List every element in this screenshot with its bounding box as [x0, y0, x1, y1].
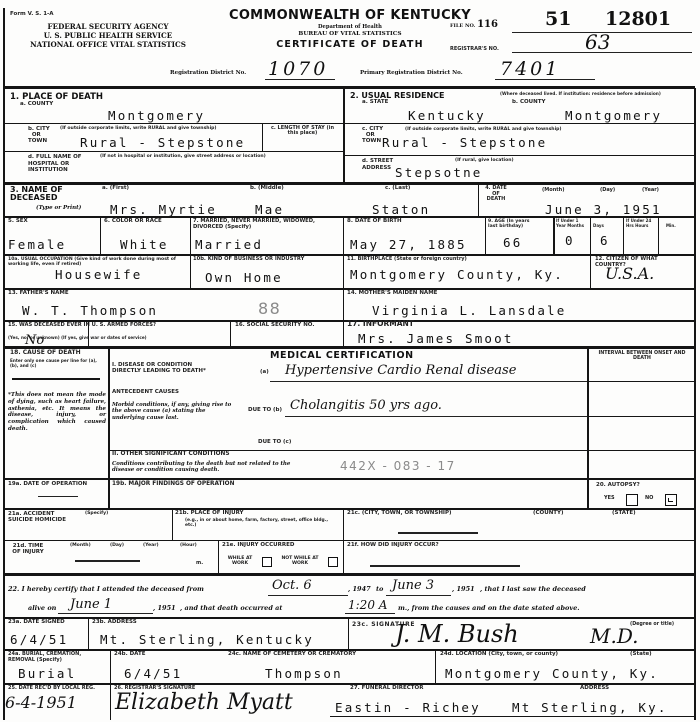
file-no-year: 51 — [545, 8, 571, 30]
citizen-value: U.S.A. — [605, 264, 654, 283]
agency-line-1: FEDERAL SECURITY AGENCY — [8, 22, 208, 31]
time-month-label: (Month) — [70, 543, 91, 548]
registrar-no-label: REGISTRAR'S NO. — [450, 47, 499, 52]
agency-line-2: U. S. PUBLIC HEALTH SERVICE — [8, 31, 208, 40]
residence-city: Rural - Stepstone — [382, 135, 547, 150]
county-label: a. COUNTY — [20, 102, 53, 107]
cause-a-value: Hypertensive Cardio Renal disease — [285, 363, 516, 378]
department: Department of Health — [220, 24, 480, 30]
middle-name: Mae — [255, 202, 284, 217]
date-signed-label: 23a. DATE SIGNED — [8, 620, 65, 625]
location-label: 24d. LOCATION (City, town, or county) — [440, 652, 558, 657]
cause-a-label: (a) — [260, 370, 269, 375]
hospital-label: d. FULL NAME OF HOSPITAL OR INSTITUTION — [28, 154, 98, 174]
length-of-stay-label: c. LENGTH OF STAY (in this place) — [265, 126, 340, 136]
primary-district-label: Primary Registration District No. — [360, 70, 463, 76]
birthplace-value: Montgomery County, Ky. — [350, 267, 564, 282]
form-number: Form V. S. 1-A — [10, 12, 54, 17]
residence-city-note: (If outside corporate limits, write RURA… — [405, 127, 655, 132]
death-city: Rural - Stepstone — [80, 135, 245, 150]
type-or-print-note: (Type or Print) — [36, 205, 81, 212]
attended-to-date: June 3 — [392, 578, 434, 593]
first-name-label: a. (First) — [102, 186, 129, 191]
primary-district-value: 7401 — [500, 58, 560, 80]
certify-line-1: 22. I hereby certify that I attended the… — [8, 585, 204, 593]
residence-city-label: c. CITY ORTOWN — [362, 126, 384, 144]
file-no-label: FILE NO. 116 — [450, 19, 498, 30]
street-note: (If rural, give location) — [455, 158, 514, 163]
injury-occurred-label: 21e. INJURY OCCURRED — [222, 543, 294, 548]
marital-label: 7. MARRIED, NEVER MARRIED, WIDOWED, DIVO… — [193, 219, 343, 231]
business-value: Own Home — [205, 270, 283, 285]
time-day-label: (Day) — [110, 543, 124, 548]
certify-from-year: , 1947 — [348, 585, 371, 593]
other-conditions-label: II. OTHER SIGNIFICANT CONDITIONS — [112, 452, 230, 457]
months-value: 0 — [565, 233, 575, 248]
not-while-at-work-checkbox[interactable] — [328, 557, 338, 567]
autopsy-yes-checkbox[interactable] — [626, 494, 638, 506]
certify-to-year: , 1951 — [452, 585, 475, 593]
date-received-value: 6-4-1951 — [5, 693, 77, 712]
cause-b-label: DUE TO (b) — [248, 408, 282, 413]
name-of-deceased-label: 3. NAME OF DECEASED — [10, 186, 80, 202]
birthplace-label: 11. BIRTHPLACE (State or foreign country… — [347, 257, 467, 262]
date-of-death-label: 4. DATE OF DEATH — [482, 186, 510, 203]
middle-name-label: b. (Middle) — [250, 186, 284, 191]
agency-block: FEDERAL SECURITY AGENCY U. S. PUBLIC HEA… — [8, 22, 208, 49]
place-of-injury-note: (e.g., in or about home, farm, factory, … — [185, 518, 335, 528]
business-label: 10b. KIND OF BUSINESS OR INDUSTRY — [193, 257, 341, 262]
agency-line-3: NATIONAL OFFICE VITAL STATISTICS — [8, 40, 208, 49]
certify-text-1: 22. I hereby certify that I attended the… — [8, 585, 204, 593]
last-name-label: c. (Last) — [385, 186, 410, 191]
cause-note: Enter only one cause per line for (a), (… — [10, 359, 105, 369]
accident-specify: (Specify) — [85, 511, 108, 516]
first-name: Mrs. Myrtie — [110, 202, 217, 217]
alive-on-label: alive on — [28, 604, 56, 612]
while-at-work-label: WHILE AT WORK — [222, 556, 258, 566]
funeral-address-value: Mt Sterling, Ky. — [512, 700, 668, 715]
cemetery-value: Thompson — [265, 666, 343, 681]
registrar-signature: Elizabeth Myatt — [115, 690, 293, 715]
time-of-injury-label: 21d. TIME OF INJURY — [8, 543, 48, 556]
injury-city-label: 21c. (CITY, TOWN, OR TOWNSHIP) — [347, 511, 452, 516]
op-findings-label: 19b. MAJOR FINDINGS OF OPERATION — [112, 482, 234, 487]
hours-label: If Under 24 Hrs Hours — [626, 219, 656, 228]
cemetery-label: 24c. NAME OF CEMETERY OR CREMATORY — [228, 652, 356, 657]
armed-forces-text: 15. WAS DECEASED EVER IN U. S. ARMED FOR… — [8, 322, 156, 328]
sex-label: 5. SEX — [8, 219, 28, 224]
dob-label: 8. DATE OF BIRTH — [347, 219, 402, 224]
file-no-number: 12801 — [605, 8, 671, 30]
injury-county-label: (COUNTY) — [533, 511, 564, 516]
time-suffix: m. — [196, 561, 203, 566]
residence-state: Kentucky — [408, 108, 486, 123]
sex-value: Female — [8, 237, 66, 252]
time-hour-label: (Hour) — [180, 543, 197, 548]
disease-label: I. DISEASE OR CONDITION DIRECTLY LEADING… — [112, 362, 222, 374]
last-name: Staton — [372, 202, 430, 217]
alive-on-date: June 1 — [70, 597, 112, 612]
injury-state-label: (STATE) — [612, 511, 636, 516]
antecedent-note: Morbid conditions, if any, giving rise t… — [112, 402, 237, 421]
physician-signature: J. M. Bush — [395, 620, 519, 648]
days-value: 6 — [600, 233, 610, 248]
death-county: Montgomery — [108, 108, 205, 123]
year-label: (Year) — [642, 188, 659, 193]
certify-text-3: , and that death occurred at — [180, 604, 282, 612]
burial-date-label: 24b. DATE — [114, 652, 146, 657]
other-conditions-pencil: 442X - 083 - 17 — [340, 459, 456, 473]
mother-label: 14. MOTHER'S MAIDEN NAME — [347, 291, 437, 296]
occupation-label: 10a. USUAL OCCUPATION (Give kind of work… — [8, 257, 183, 267]
address-value: Mt. Sterling, Kentucky — [100, 632, 314, 647]
registration-district-label: Registration District No. — [170, 70, 246, 76]
residence-county-label: b. COUNTY — [512, 100, 545, 105]
location-value: Montgomery County, Ky. — [445, 666, 659, 681]
interval-label: INTERVAL BETWEEN ONSET AND DEATH — [592, 351, 692, 361]
day-label: (Day) — [600, 188, 615, 193]
usual-residence-note: (Where deceased lived. If institution: r… — [500, 92, 690, 97]
funeral-director-label: 27. FUNERAL DIRECTOR — [350, 686, 423, 691]
residence-street: Stepsotne — [395, 165, 483, 180]
minutes-label: Min. — [666, 223, 676, 228]
informant-value: Mrs. James Smoot — [358, 331, 514, 346]
autopsy-yes-label: YES — [604, 496, 615, 501]
months-label: If Under 1 Year Months — [556, 219, 588, 228]
bureau: BUREAU OF VITAL STATISTICS — [220, 31, 480, 37]
autopsy-no-checkbox[interactable] — [665, 494, 677, 506]
date-signed-value: 6/4/51 — [10, 632, 68, 647]
autopsy-label: 20. AUTOPSY? — [596, 483, 640, 488]
attended-from-date: Oct. 6 — [272, 578, 312, 593]
certificate-title: CERTIFICATE OF DEATH — [220, 39, 480, 50]
age-label: 9. AGE (In years last birthday) — [488, 219, 540, 229]
funeral-address-label: ADDRESS — [580, 686, 609, 691]
accident-label: 21a. ACCIDENT SUICIDE HOMICIDE — [8, 511, 73, 524]
death-time: 1:20 A — [348, 598, 387, 612]
how-injury-label: 21f. HOW DID INJURY OCCUR? — [347, 543, 439, 548]
month-label: (Month) — [542, 188, 565, 193]
date-received-label: 25. DATE REC'D BY LOCAL REG. — [8, 686, 108, 692]
city-label: b. CITY ORTOWN — [28, 126, 50, 144]
certify-text-2: , that I last saw the deceased — [480, 585, 586, 593]
state-label: a. STATE — [362, 100, 388, 105]
certify-text-4: m., from the causes and on the date stat… — [398, 604, 580, 612]
hospital-note: (If not in hospital or institution, give… — [100, 154, 335, 159]
days-label: Days — [593, 223, 604, 228]
registration-district-value: 1070 — [268, 58, 328, 80]
place-of-injury-label: 21b. PLACE OF INJURY — [175, 511, 244, 516]
cause-footnote: *This does not mean the mode of dying, s… — [8, 392, 106, 433]
disposition-label: 24a. BURIAL, CREMATION, REMOVAL (Specify… — [8, 652, 88, 663]
father-value: W. T. Thompson — [22, 303, 158, 318]
disposition-value: Burial — [18, 666, 76, 681]
address-label: 23b. ADDRESS — [92, 620, 137, 625]
cause-b-value: Cholangitis 50 yrs ago. — [290, 398, 442, 413]
not-while-at-work-label: NOT WHILE AT WORK — [278, 556, 322, 566]
time-year-label: (Year) — [143, 543, 159, 548]
funeral-director-value: Eastin - Richey — [335, 700, 481, 715]
dob-value: May 27, 1885 — [350, 237, 467, 252]
physician-degree: M.D. — [590, 624, 639, 648]
informant-label: 17. INFORMANT — [347, 321, 414, 326]
op-date-label: 19a. DATE OF OPERATION — [8, 482, 87, 487]
certify-to-word: to — [376, 585, 383, 593]
location-state-label: (State) — [630, 652, 652, 657]
date-of-death: June 3, 1951 — [545, 202, 662, 217]
burial-date-value: 6/4/51 — [124, 666, 182, 681]
age-value: 66 — [503, 235, 522, 250]
race-value: White — [120, 237, 169, 252]
armed-forces-label: 15. WAS DECEASED EVER IN U. S. ARMED FOR… — [8, 323, 228, 329]
street-address-label: d. STREET ADDRESS — [362, 158, 394, 171]
city-note: (If outside corporate limits, write RURA… — [60, 126, 250, 131]
ssn-label: 16. SOCIAL SECURITY NO. — [235, 323, 340, 328]
occupation-value: Housewife — [55, 267, 143, 282]
mother-value: Virginia L. Lansdale — [372, 303, 567, 318]
left-border — [3, 8, 5, 720]
registrar-no-value: 63 — [585, 30, 610, 54]
marital-value: Married — [195, 237, 263, 252]
medical-certification-title: MEDICAL CERTIFICATION — [270, 350, 414, 361]
father-label: 13. FATHER'S NAME — [8, 291, 69, 296]
residence-county: Montgomery — [565, 108, 662, 123]
antecedent-label: ANTECEDENT CAUSES — [112, 390, 179, 395]
other-conditions-note: Conditions contributing to the death but… — [112, 461, 312, 473]
cause-c-label: DUE TO (c) — [258, 440, 291, 445]
while-at-work-checkbox[interactable] — [262, 557, 272, 567]
state-title: COMMONWEALTH OF KENTUCKY — [220, 8, 480, 23]
race-label: 6. COLOR OR RACE — [104, 219, 162, 224]
father-pencil-note: 88 — [258, 299, 281, 318]
death-certificate: Form V. S. 1-A FEDERAL SECURITY AGENCY U… — [0, 0, 700, 722]
cause-of-death-label: 18. CAUSE OF DEATH — [10, 350, 81, 355]
alive-on-year: , 1951 — [153, 604, 176, 612]
autopsy-no-label: NO — [645, 496, 653, 501]
